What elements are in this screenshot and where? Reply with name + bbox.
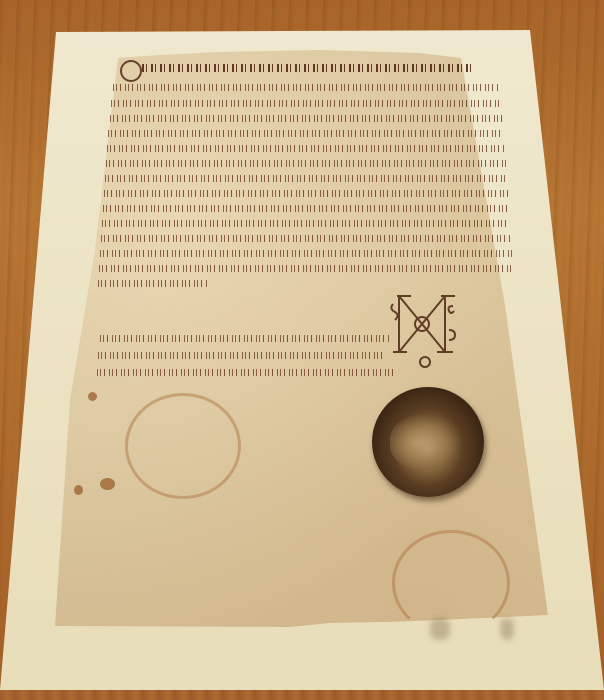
script-ink — [104, 190, 508, 197]
stain-spot — [74, 485, 83, 495]
title-script — [142, 64, 472, 72]
script-ink — [111, 100, 501, 107]
script-ink — [110, 115, 502, 122]
charter-body-line — [111, 98, 501, 108]
water-stain-ring-bottom-right — [392, 530, 510, 636]
script-ink — [108, 130, 503, 137]
signum-line — [97, 367, 397, 377]
charter-body-line — [107, 143, 505, 153]
charter-body-line — [100, 248, 512, 258]
charter-body-line — [99, 263, 513, 273]
script-ink — [105, 175, 507, 182]
script-ink — [98, 280, 208, 287]
stain-shadow — [500, 618, 514, 640]
charter-body-line — [98, 278, 208, 288]
script-ink — [100, 335, 390, 342]
script-ink — [97, 369, 397, 376]
charter-body-line — [106, 158, 506, 168]
charter-body-line — [101, 233, 511, 243]
script-ink — [100, 250, 512, 257]
script-ink — [106, 160, 506, 167]
signum-line — [98, 350, 383, 360]
script-ink — [103, 205, 509, 212]
signum-line — [100, 333, 390, 343]
script-ink — [107, 145, 505, 152]
script-ink — [98, 352, 383, 359]
script-ink — [113, 84, 498, 91]
stain-spot — [88, 392, 97, 401]
charter-body-line — [102, 218, 510, 228]
charter-body-line — [110, 113, 502, 123]
stain-spot — [100, 478, 115, 490]
decorated-initial — [120, 60, 142, 82]
script-ink — [102, 220, 510, 227]
water-stain-ring-left — [125, 393, 241, 499]
charter-body-line — [105, 173, 507, 183]
charter-title-line — [142, 62, 472, 72]
script-ink — [101, 235, 511, 242]
charter-body-line — [104, 188, 508, 198]
charter-body-line — [113, 82, 498, 92]
royal-monogram-icon — [385, 290, 465, 370]
script-ink — [99, 265, 513, 272]
wax-seal — [372, 387, 484, 497]
charter-body-line — [108, 128, 503, 138]
charter-body-line — [103, 203, 509, 213]
stain-shadow — [430, 618, 450, 640]
